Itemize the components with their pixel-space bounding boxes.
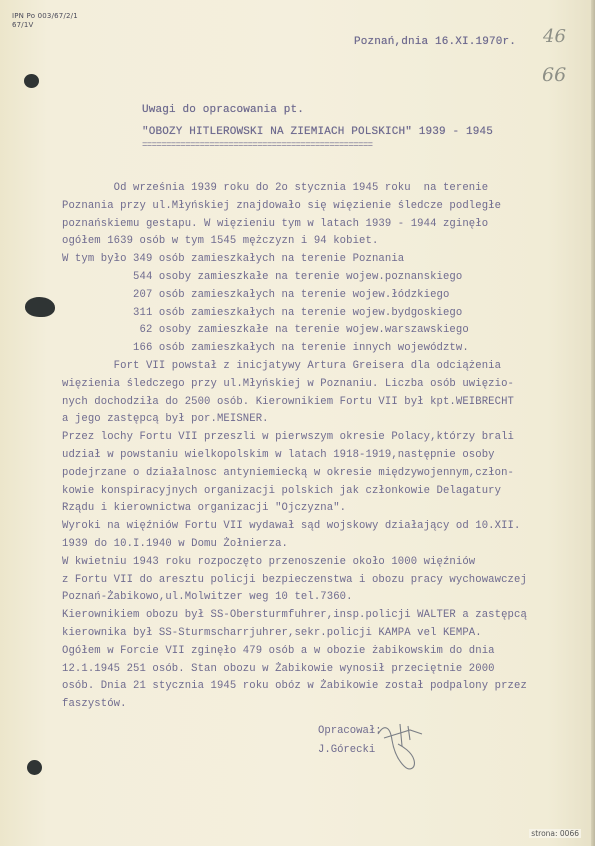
body-line: więzienia śledczego przy ul.Młyńskiej w … <box>62 376 527 394</box>
handwritten-page-number: 46 <box>543 26 566 47</box>
body-line: kierownika był SS-Sturmscharrjuhrer,sekr… <box>62 625 527 643</box>
body-line: W tym było 349 osób zamieszkałych na ter… <box>62 251 527 269</box>
body-line: Poznań-Żabikowo,ul.Molwitzer weg 10 tel.… <box>62 589 527 607</box>
handwritten-signature-icon <box>370 716 440 776</box>
punch-hole-icon <box>27 760 42 775</box>
archive-reference: IPN Po 003/67/2/1 67/1V <box>12 12 78 30</box>
document-heading: Uwagi do opracowania pt. <box>142 102 304 120</box>
body-line: 207 osób zamieszkałych na terenie wojew.… <box>62 287 527 305</box>
body-line: Kierownikiem obozu był SS-Obersturmfuhre… <box>62 607 527 625</box>
body-line: 1939 do 10.I.1940 w Domu Żołnierza. <box>62 536 527 554</box>
date-line: Poznań,dnia 16.XI.1970r. <box>354 34 516 52</box>
body-line: faszystów. <box>62 696 527 714</box>
body-line: 12.1.1945 251 osób. Stan obozu w Żabikow… <box>62 661 527 679</box>
document-page: IPN Po 003/67/2/1 67/1V 46 66 Poznań,dni… <box>0 0 595 846</box>
page-footer: strona: 0066 <box>529 829 581 838</box>
body-line: osób. Dnia 21 stycznia 1945 roku obóz w … <box>62 678 527 696</box>
punch-hole-icon <box>24 74 39 88</box>
body-line: a jego zastępcą był por.MEISNER. <box>62 411 527 429</box>
body-line: W kwietniu 1943 roku rozpoczęto przenosz… <box>62 554 527 572</box>
body-line: Poznania przy ul.Młyńskiej znajdowało si… <box>62 198 527 216</box>
body-line: 166 osób zamieszkałych na terenie innych… <box>62 340 527 358</box>
body-line: 62 osoby zamieszkałe na terenie wojew.wa… <box>62 322 527 340</box>
body-line: kowie konspiracyjnych organizacji polski… <box>62 483 527 501</box>
body-line: 544 osoby zamieszkałe na terenie wojew.p… <box>62 269 527 287</box>
body-line: ogółem 1639 osób w tym 1545 mężczyzn i 9… <box>62 233 527 251</box>
body-line: udział w powstaniu wielkopolskim w latac… <box>62 447 527 465</box>
document-body: Od września 1939 roku do 2o stycznia 194… <box>62 180 527 714</box>
body-line: z Fortu VII do aresztu policji bezpiecze… <box>62 572 527 590</box>
punch-hole-icon <box>25 297 55 317</box>
title-underline: ========================================… <box>142 140 372 150</box>
body-line: podejrzane o działalnosc antyniemiecką w… <box>62 465 527 483</box>
body-line: Rządu i kierownictwa organizacji "Ojczyz… <box>62 500 527 518</box>
archive-reference-line2: 67/1V <box>12 21 78 30</box>
body-line: Od września 1939 roku do 2o stycznia 194… <box>62 180 527 198</box>
page-edge <box>591 0 595 846</box>
body-line: 311 osób zamieszkałych na terenie wojew.… <box>62 305 527 323</box>
body-line: Wyroki na więźniów Fortu VII wydawał sąd… <box>62 518 527 536</box>
body-line: Przez lochy Fortu VII przeszli w pierwsz… <box>62 429 527 447</box>
body-line: Fort VII powstał z inicjatywy Artura Gre… <box>62 358 527 376</box>
body-line: nych dochodziła do 2500 osób. Kierowniki… <box>62 394 527 412</box>
handwritten-page-number: 66 <box>542 64 566 86</box>
body-line: Ogółem w Forcie VII zginęło 479 osób a w… <box>62 643 527 661</box>
archive-reference-line1: IPN Po 003/67/2/1 <box>12 12 78 21</box>
body-line: poznańskiemu gestapu. W więzieniu tym w … <box>62 216 527 234</box>
